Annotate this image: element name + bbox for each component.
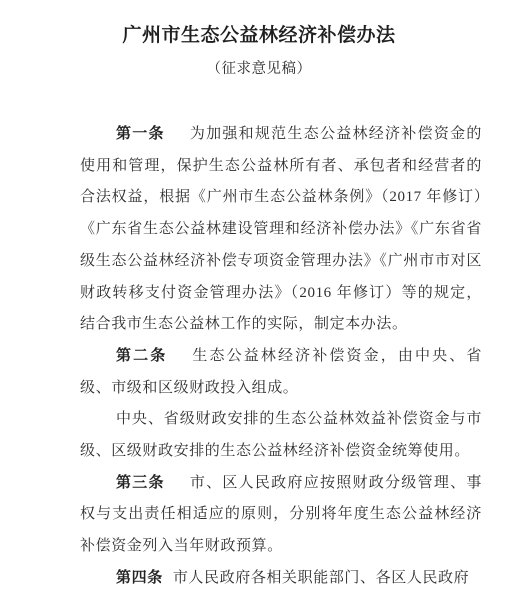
document-subtitle: （征求意见稿） (0, 61, 518, 78)
article-2-number-label: 第二条 (116, 348, 167, 364)
document-title: 广州市生态公益林经济补偿办法 (0, 0, 518, 48)
article-4-text: 市人民政府各相关职能部门、各区人民政府 (173, 570, 469, 586)
paragraph-article-2-continued: 中央、省级财政安排的生态公益林效益补偿资金与市级、区级财政安排的生态公益林经济补… (80, 404, 482, 467)
document-body: 第一条为加强和规范生态公益林经济补偿资金的使用和管理，保护生态公益林所有者、承包… (80, 119, 482, 595)
article-4-number-label: 第四条 (116, 570, 163, 586)
paragraph-article-1: 第一条为加强和规范生态公益林经济补偿资金的使用和管理，保护生态公益林所有者、承包… (80, 119, 482, 341)
article-1-text: 为加强和规范生态公益林经济补偿资金的使用和管理，保护生态公益林所有者、承包者和经… (80, 126, 482, 332)
paragraph-article-3: 第三条市、区人民政府应按照财政分级管理、事权与支出责任相适应的原则，分别将年度生… (80, 468, 482, 563)
article-1-number-label: 第一条 (116, 126, 165, 142)
document-page: 广州市生态公益林经济补偿办法 （征求意见稿） 第一条为加强和规范生态公益林经济补… (0, 0, 518, 614)
paragraph-article-2: 第二条生态公益林经济补偿资金，由中央、省级、市级和区级财政投入组成。 (80, 341, 482, 404)
article-3-number-label: 第三条 (116, 475, 165, 491)
paragraph-article-4: 第四条市人民政府各相关职能部门、各区人民政府 (80, 563, 482, 595)
article-2-continued-text: 中央、省级财政安排的生态公益林效益补偿资金与市级、区级财政安排的生态公益林经济补… (80, 411, 482, 459)
